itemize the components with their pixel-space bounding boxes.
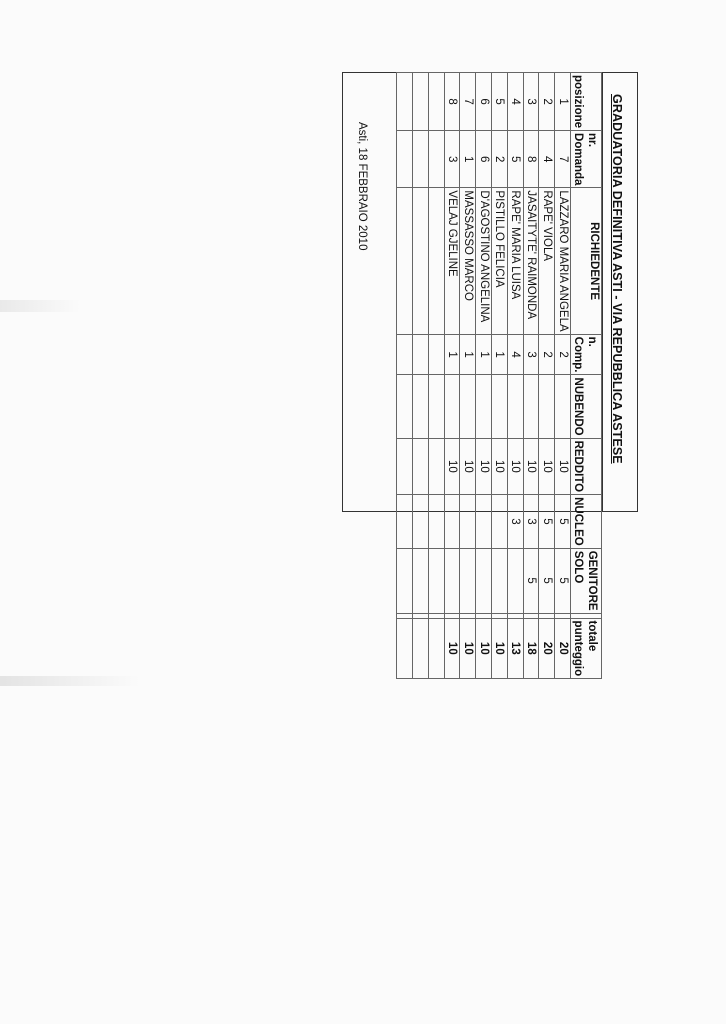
cell-posizione: 3: [523, 73, 539, 131]
cell-totale: 20: [539, 618, 555, 679]
cell-nubendo: [555, 375, 571, 438]
cell-domanda: 3: [444, 131, 460, 188]
cell-posizione: 7: [460, 73, 476, 131]
table-row: 45RAPE' MARIA LUISA410313: [507, 73, 523, 679]
col-nubendo: NUBENDO: [571, 375, 602, 438]
scan-smudge: [0, 676, 140, 686]
cell-nubendo: [523, 375, 539, 438]
cell-totale: 10: [444, 618, 460, 679]
col-totale: totale punteggio: [571, 618, 602, 679]
cell-posizione: 2: [539, 73, 555, 131]
table-row: 38JASAITYTE' RAIMONDA3103518: [523, 73, 539, 679]
cell-nubendo: [444, 375, 460, 438]
cell-posizione: 1: [555, 73, 571, 131]
empty-cell: [397, 618, 413, 679]
empty-cell: [428, 73, 444, 131]
empty-cell: [397, 548, 413, 613]
empty-cell: [413, 188, 429, 334]
cell-richiedente: VELAJ GJELINE: [444, 188, 460, 334]
cell-posizione: 5: [492, 73, 508, 131]
empty-cell: [413, 548, 429, 613]
cell-totale: 10: [492, 618, 508, 679]
empty-cell: [428, 375, 444, 438]
cell-totale: 13: [507, 618, 523, 679]
cell-domanda: 4: [539, 131, 555, 188]
cell-richiedente: MASSASSO MARCO: [460, 188, 476, 334]
cell-reddito: 10: [555, 438, 571, 495]
col-componenti: n. Comp.: [571, 334, 602, 375]
cell-genitore-solo: [444, 548, 460, 613]
empty-cell: [428, 334, 444, 375]
table-row: 52PISTILLO FELICIA11010: [492, 73, 508, 679]
empty-cell: [428, 495, 444, 549]
cell-nubendo: [460, 375, 476, 438]
cell-reddito: 10: [444, 438, 460, 495]
empty-cell: [428, 548, 444, 613]
empty-cell: [413, 618, 429, 679]
empty-cell: [413, 495, 429, 549]
cell-reddito: 10: [460, 438, 476, 495]
cell-reddito: 10: [507, 438, 523, 495]
cell-nucleo: 5: [555, 495, 571, 549]
empty-cell: [397, 334, 413, 375]
empty-row: [413, 73, 429, 679]
cell-reddito: 10: [476, 438, 492, 495]
empty-cell: [428, 188, 444, 334]
cell-richiedente: RAPE' MARIA LUISA: [507, 188, 523, 334]
empty-cell: [397, 131, 413, 188]
cell-nubendo: [539, 375, 555, 438]
table-row: 71MASSASSO MARCO11010: [460, 73, 476, 679]
cell-genitore-solo: [492, 548, 508, 613]
cell-richiedente: RAPE' VIOLA: [539, 188, 555, 334]
empty-cell: [428, 131, 444, 188]
cell-nucleo: [492, 495, 508, 549]
cell-nubendo: [492, 375, 508, 438]
empty-cell: [413, 131, 429, 188]
cell-componenti: 1: [492, 334, 508, 375]
cell-nucleo: 5: [539, 495, 555, 549]
cell-componenti: 2: [539, 334, 555, 375]
empty-cell: [413, 375, 429, 438]
cell-domanda: 8: [523, 131, 539, 188]
empty-cell: [397, 375, 413, 438]
empty-cell: [413, 73, 429, 131]
empty-cell: [428, 618, 444, 679]
cell-nubendo: [507, 375, 523, 438]
empty-cell: [413, 334, 429, 375]
col-posizione: posizione: [571, 73, 602, 131]
cell-nubendo: [476, 375, 492, 438]
cell-totale: 20: [555, 618, 571, 679]
cell-nucleo: [444, 495, 460, 549]
header-row: posizione nr. Domanda RICHIEDENTE n. Com…: [571, 73, 602, 679]
cell-domanda: 7: [555, 131, 571, 188]
table-row: 66D'AGOSTINO ANGELINA11010: [476, 73, 492, 679]
cell-domanda: 2: [492, 131, 508, 188]
scan-smudge: [0, 300, 80, 312]
rotated-ranking-sheet: GRADUATORIA DEFINITIVA ASTI - VIA REPUBB…: [342, 72, 638, 512]
empty-row: [428, 73, 444, 679]
empty-cell: [397, 73, 413, 131]
empty-cell: [413, 438, 429, 495]
cell-reddito: 10: [539, 438, 555, 495]
cell-richiedente: D'AGOSTINO ANGELINA: [476, 188, 492, 334]
cell-domanda: 5: [507, 131, 523, 188]
table-row: 24RAPE' VIOLA2105520: [539, 73, 555, 679]
title-bar: GRADUATORIA DEFINITIVA ASTI - VIA REPUBB…: [602, 72, 638, 512]
ranking-table: posizione nr. Domanda RICHIEDENTE n. Com…: [396, 72, 602, 679]
cell-posizione: 6: [476, 73, 492, 131]
col-richiedente: RICHIEDENTE: [571, 188, 602, 334]
cell-reddito: 10: [492, 438, 508, 495]
empty-cell: [397, 495, 413, 549]
scanned-page: GRADUATORIA DEFINITIVA ASTI - VIA REPUBB…: [0, 0, 726, 1024]
cell-reddito: 10: [523, 438, 539, 495]
cell-componenti: 1: [476, 334, 492, 375]
col-nucleo: NUCLEO: [571, 495, 602, 549]
cell-nucleo: 3: [507, 495, 523, 549]
col-genitore-solo: GENITORE SOLO: [571, 548, 602, 613]
cell-posizione: 4: [507, 73, 523, 131]
cell-totale: 18: [523, 618, 539, 679]
cell-domanda: 1: [460, 131, 476, 188]
col-reddito: REDDITO: [571, 438, 602, 495]
table-row: 17LAZZARO MARIA ANGELA2105520: [555, 73, 571, 679]
cell-richiedente: LAZZARO MARIA ANGELA: [555, 188, 571, 334]
table-row: 83VELAJ GJELINE11010: [444, 73, 460, 679]
cell-componenti: 3: [523, 334, 539, 375]
cell-componenti: 4: [507, 334, 523, 375]
cell-richiedente: PISTILLO FELICIA: [492, 188, 508, 334]
cell-richiedente: JASAITYTE' RAIMONDA: [523, 188, 539, 334]
col-domanda: nr. Domanda: [571, 131, 602, 188]
cell-componenti: 1: [460, 334, 476, 375]
cell-componenti: 2: [555, 334, 571, 375]
empty-row: [397, 73, 413, 679]
cell-nucleo: [460, 495, 476, 549]
cell-genitore-solo: [460, 548, 476, 613]
cell-genitore-solo: [476, 548, 492, 613]
cell-domanda: 6: [476, 131, 492, 188]
cell-totale: 10: [460, 618, 476, 679]
empty-cell: [397, 438, 413, 495]
cell-genitore-solo: 5: [523, 548, 539, 613]
cell-genitore-solo: 5: [539, 548, 555, 613]
cell-posizione: 8: [444, 73, 460, 131]
empty-cell: [428, 438, 444, 495]
empty-cell: [397, 188, 413, 334]
footer-date: Asti, 18 FEBBRAIO 2010: [356, 122, 368, 250]
cell-genitore-solo: 5: [555, 548, 571, 613]
cell-genitore-solo: [507, 548, 523, 613]
document-title: GRADUATORIA DEFINITIVA ASTI - VIA REPUBB…: [610, 94, 624, 464]
cell-nucleo: 3: [523, 495, 539, 549]
cell-totale: 10: [476, 618, 492, 679]
cell-nucleo: [476, 495, 492, 549]
cell-componenti: 1: [444, 334, 460, 375]
